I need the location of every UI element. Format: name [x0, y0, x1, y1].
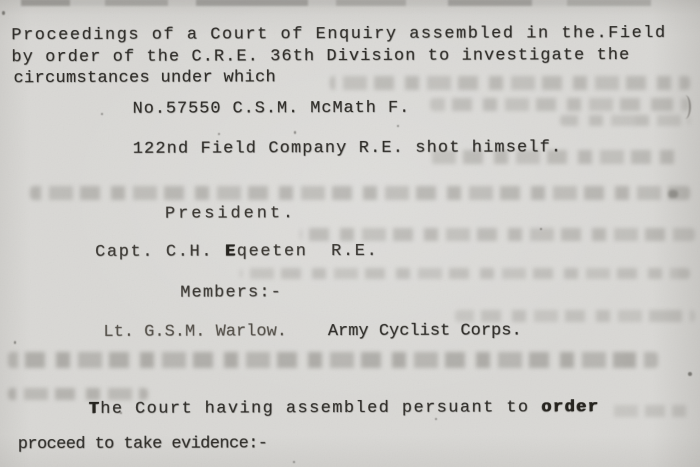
court-assembled-overstruck-order: order	[541, 398, 599, 417]
line-president-name: Capt. C.H. Eqeeten R.E.	[95, 242, 378, 263]
typewritten-text-layer: Proceedings of a Court of Enquiry assemb…	[0, 0, 700, 467]
line-proceed-evidence: proceed to take evidence:-	[18, 434, 268, 455]
members-heading-text: Members:-	[180, 283, 282, 302]
line-opening-3-text: circumstances under which	[13, 68, 276, 88]
line-court-assembled: The Court having assembled persuant to o…	[89, 398, 600, 420]
line-opening-2-text: by order of the C.R.E. 36th Division to …	[11, 46, 630, 67]
subject-number-text: No.57550 C.S.M. McMath F.	[133, 99, 411, 119]
line-subject-number: No.57550 C.S.M. McMath F.	[133, 99, 411, 120]
document-page: Proceedings of a Court of Enquiry assemb…	[0, 0, 700, 467]
line-opening-3: circumstances under which	[13, 68, 276, 89]
president-heading-text: President.	[165, 204, 296, 223]
line-member-warlow: Lt. G.S.M. Warlow. Army Cyclist Corps.	[103, 321, 521, 342]
subject-unit-text: 122nd Field Company R.E. shot himself.	[133, 138, 563, 158]
line-president-heading: President.	[165, 204, 296, 224]
president-name-overstruck-initial: E	[225, 242, 237, 261]
member-warlow-name: Lt. G.S.M. Warlow.	[103, 322, 328, 342]
president-name-prefix: Capt. C.H.	[95, 242, 225, 261]
court-assembled-overstruck-initial: T	[89, 400, 101, 419]
member-warlow-corps: Army Cyclist Corps.	[328, 321, 522, 341]
line-opening-2: by order of the C.R.E. 36th Division to …	[11, 46, 630, 68]
line-opening-1: Proceedings of a Court of Enquiry assemb…	[11, 24, 666, 46]
line-members-heading: Members:-	[180, 283, 282, 303]
proceed-evidence-text: proceed to take evidence:-	[18, 434, 268, 454]
line-opening-1-text: Proceedings of a Court of Enquiry assemb…	[11, 24, 666, 45]
president-name-suffix: qeeten R.E.	[237, 242, 379, 261]
court-assembled-body: he Court having assembled persuant to	[100, 398, 541, 419]
line-subject-unit: 122nd Field Company R.E. shot himself.	[133, 138, 563, 159]
